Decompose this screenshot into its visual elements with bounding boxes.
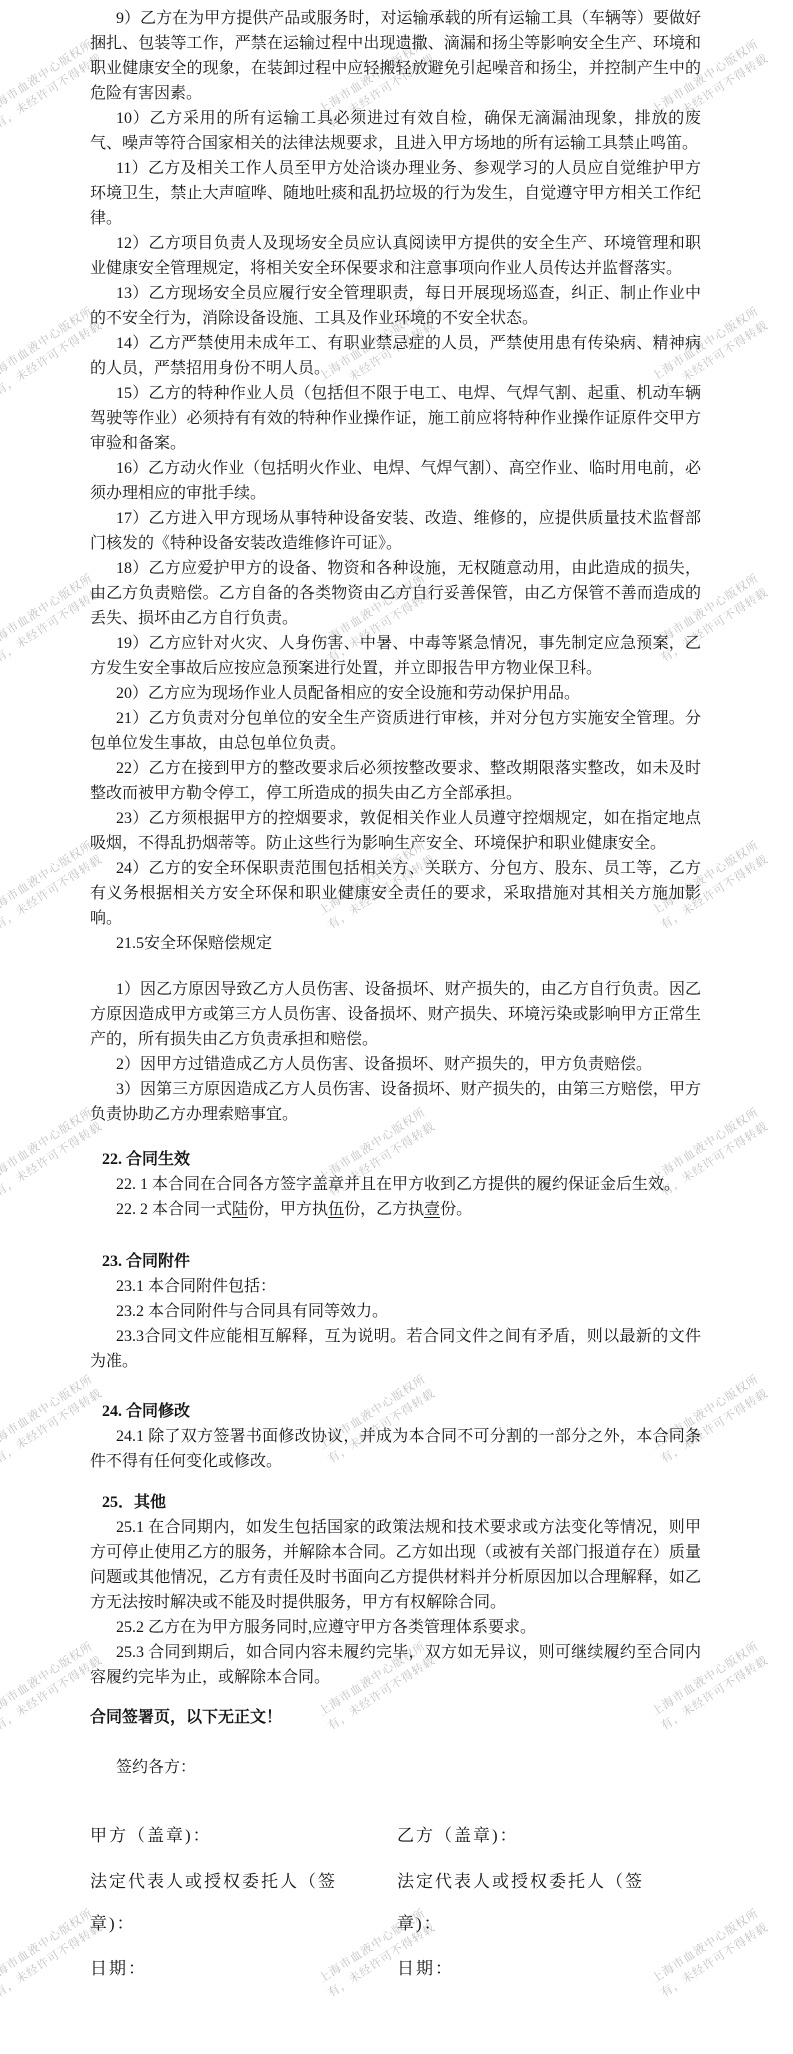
contract-text-area: 9）乙方在为甲方提供产品或服务时，对运输承载的所有运输工具（车辆等）要做好捆扎、… [0, 0, 793, 1990]
text-segment: 份，乙方执 [344, 1201, 424, 1218]
clause-23-3: 23.3合同文件应能相互解释，互为说明。若合同文件之间有矛盾，则以最新的文件为准… [90, 1324, 701, 1374]
text-segment: 22. 2 本合同一式 [116, 1201, 232, 1218]
clause-20: 20）乙方应为现场作业人员配备相应的安全设施和劳动保护用品。 [90, 681, 701, 706]
signature-row-seal-right: 乙方（盖章)： [397, 1815, 701, 1857]
clause-24: 24）乙方的安全环保职责范围包括相关方、关联方、分包方、股东、员工等，乙方有义务… [90, 856, 701, 931]
clause-9: 9）乙方在为甲方提供产品或服务时，对运输承载的所有运输工具（车辆等）要做好捆扎、… [90, 6, 701, 106]
clause-25-3: 25.3 合同到期后，如合同内容未履约完毕，双方如无异议，则可继续履约至合同内容… [90, 1640, 701, 1690]
clause-22: 22）乙方在接到甲方的整改要求后必须按整改要求、整改期限落实整改，如未及时整改而… [90, 756, 701, 806]
clause-12: 12）乙方项目负责人及现场安全员应认真阅读甲方提供的安全生产、环境管理和职业健康… [90, 231, 701, 281]
clause-16: 16）乙方动火作业（包括明火作业、电焊、气焊气割）、高空作业、临时用电前，必须办… [90, 456, 701, 506]
signing-parties-label: 签约各方： [90, 1755, 701, 1780]
underlined-count-word: 伍 [328, 1201, 344, 1218]
clause-23: 23）乙方须根据甲方的控烟要求，敦促相关作业人员遵守控烟规定，如在指定地点吸烟，… [90, 806, 701, 856]
clause-23-1: 23.1 本合同附件包括： [90, 1274, 701, 1299]
clause-19: 19）乙方应针对火灾、人身伤害、中暑、中毒等紧急情况，事先制定应急预案，乙方发生… [90, 631, 701, 681]
clause-23-2: 23.2 本合同附件与合同具有同等效力。 [90, 1299, 701, 1324]
section-heading-23: 23. 合同附件 [90, 1249, 701, 1274]
text-segment: 份，甲方执 [248, 1201, 328, 1218]
underlined-count-word: 陆 [232, 1201, 248, 1218]
clause-17: 17）乙方进入甲方现场从事特种设备安装、改造、维修的，应提供质量技术监督部门核发… [90, 506, 701, 556]
signature-row-date-right: 日期： [397, 1948, 701, 1990]
clause-18: 18）乙方应爱护甲方的设备、物资和各种设施，无权随意动用，由此造成的损失，由乙方… [90, 556, 701, 631]
section-heading-24: 24. 合同修改 [90, 1399, 701, 1424]
underlined-count-word: 壹 [424, 1201, 440, 1218]
signature-row-representative: 法定代表人或授权委托人（签章)：法定代表人或授权委托人（签章)： [90, 1861, 701, 1945]
clause-11: 11）乙方及相关工作人员至甲方处洽谈办理业务、参观学习的人员应自觉维护甲方环境卫… [90, 156, 701, 231]
compensation-2: 2）因甲方过错造成乙方人员伤害、设备损坏、财产损失的，甲方负责赔偿。 [90, 1052, 701, 1077]
section-heading-25: 25．其他 [90, 1490, 701, 1515]
contract-document-page: { "document": { "watermark": { "line1": … [0, 0, 793, 2054]
clause-24-1: 24.1 除了双方签署书面修改协议，并成为本合同不可分割的一部分之外，本合同条件… [90, 1424, 701, 1474]
clause-22-2: 22. 2 本合同一式陆份，甲方执伍份，乙方执壹份。 [90, 1197, 701, 1222]
signature-row-seal: 甲方（盖章)：乙方（盖章)： [90, 1815, 701, 1857]
clause-21: 21）乙方负责对分包单位的安全生产资质进行审核，并对分包方实施安全管理。分包单位… [90, 706, 701, 756]
clause-22-1: 22. 1 本合同在合同各方签字盖章并且在甲方收到乙方提供的履约保证金后生效。 [90, 1172, 701, 1197]
signature-row-representative-right: 法定代表人或授权委托人（签章)： [397, 1861, 701, 1945]
clause-25-1: 25.1 在合同期内，如发生包括国家的政策法规和技术要求或方法变化等情况，则甲方… [90, 1515, 701, 1615]
signature-row-seal-left: 甲方（盖章)： [90, 1815, 397, 1857]
compensation-3: 3）因第三方原因造成乙方人员伤害、设备损坏、财产损失的，由第三方赔偿，甲方负责协… [90, 1077, 701, 1127]
clause-15: 15）乙方的特种作业人员（包括但不限于电工、电焊、气焊气割、起重、机动车辆驾驶等… [90, 381, 701, 456]
clause-25-2: 25.2 乙方在为甲方服务同时,应遵守甲方各类管理体系要求。 [90, 1615, 701, 1640]
clause-14: 14）乙方严禁使用未成年工、有职业禁忌症的人员，严禁使用患有传染病、精神病的人员… [90, 331, 701, 381]
section-21-5-title: 21.5安全环保赔偿规定 [90, 931, 701, 956]
text-segment: 份。 [440, 1201, 472, 1218]
signature-page-note: 合同签署页，以下无正文！ [90, 1705, 701, 1730]
signature-row-date-left: 日期： [90, 1948, 397, 1990]
signature-row-date: 日期：日期： [90, 1948, 701, 1990]
compensation-1: 1）因乙方原因导致乙方人员伤害、设备损坏、财产损失的，由乙方自行负责。因乙方原因… [90, 977, 701, 1052]
clause-10: 10）乙方采用的所有运输工具必须进过有效自检，确保无滴漏油现象，排放的废气、噪声… [90, 106, 701, 156]
clause-13: 13）乙方现场安全员应履行安全管理职责，每日开展现场巡查，纠正、制止作业中的不安… [90, 281, 701, 331]
signature-row-representative-left: 法定代表人或授权委托人（签章)： [90, 1861, 397, 1945]
section-heading-22: 22. 合同生效 [90, 1147, 701, 1172]
